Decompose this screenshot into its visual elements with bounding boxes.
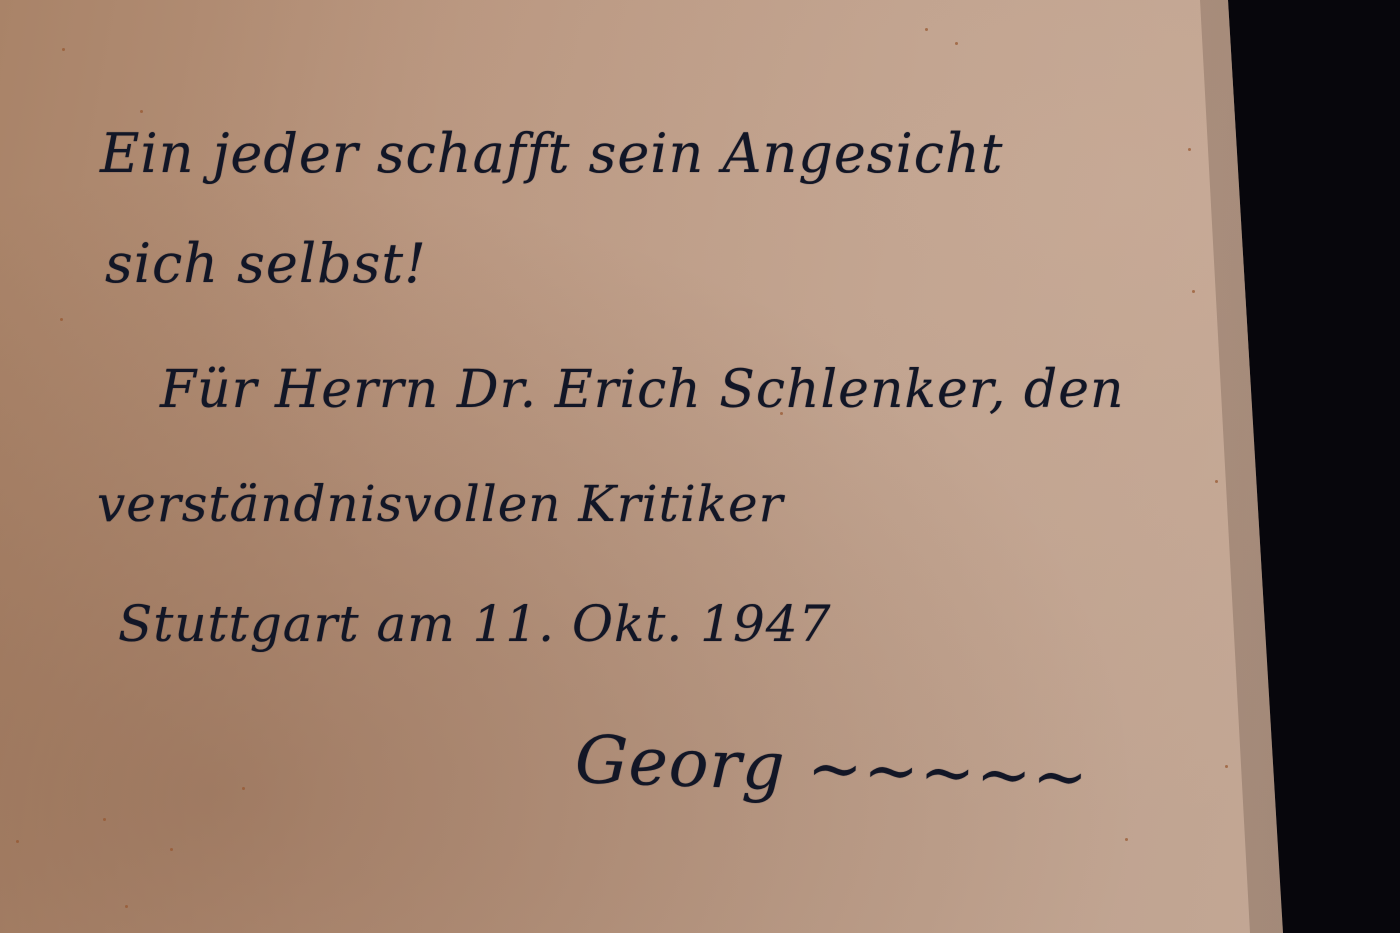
foxing-spot	[1215, 480, 1218, 483]
inscription-date-line: Stuttgart am 11. Okt. 1947	[118, 595, 831, 653]
foxing-spot	[62, 48, 65, 51]
foxing-spot	[1225, 765, 1228, 768]
foxing-spot	[955, 42, 958, 45]
foxing-spot	[103, 818, 106, 821]
foxing-spot	[925, 28, 928, 31]
foxing-spot	[125, 905, 128, 908]
inscription-line-2: sich selbst!	[105, 232, 427, 295]
foxing-spot	[16, 840, 19, 843]
foxing-spot	[140, 110, 143, 113]
inscription-line-3: Für Herrn Dr. Erich Schlenker, den	[160, 360, 1124, 420]
photo-scene: Ein jeder schafft sein Angesicht sich se…	[0, 0, 1400, 933]
inscription-line-1: Ein jeder schafft sein Angesicht	[100, 122, 1004, 185]
foxing-spot	[1188, 148, 1191, 151]
foxing-spot	[60, 318, 63, 321]
foxing-spot	[1192, 290, 1195, 293]
foxing-spot	[1125, 838, 1128, 841]
signature: Georg ~~~~~	[574, 721, 1090, 816]
foxing-spot	[242, 787, 245, 790]
inscription-line-4: verständnisvollen Kritiker	[97, 475, 784, 533]
aged-paper-page: Ein jeder schafft sein Angesicht sich se…	[0, 0, 1400, 933]
foxing-spot	[170, 848, 173, 851]
